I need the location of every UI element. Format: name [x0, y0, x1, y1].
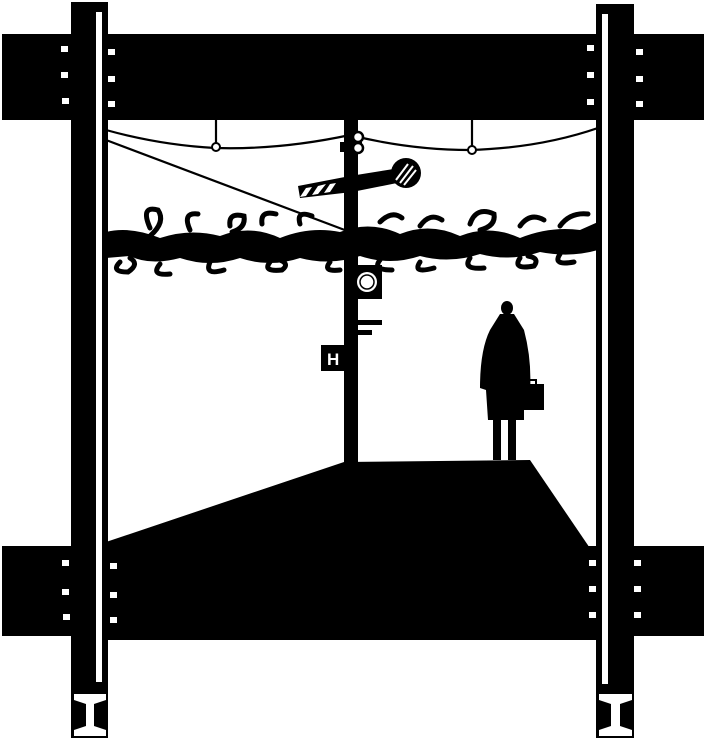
- left-rail: [71, 2, 108, 738]
- platform-sign: H: [321, 345, 345, 371]
- platform-sign-label: H: [327, 350, 339, 369]
- right-rail: [596, 4, 634, 738]
- illustration: H: [0, 0, 706, 740]
